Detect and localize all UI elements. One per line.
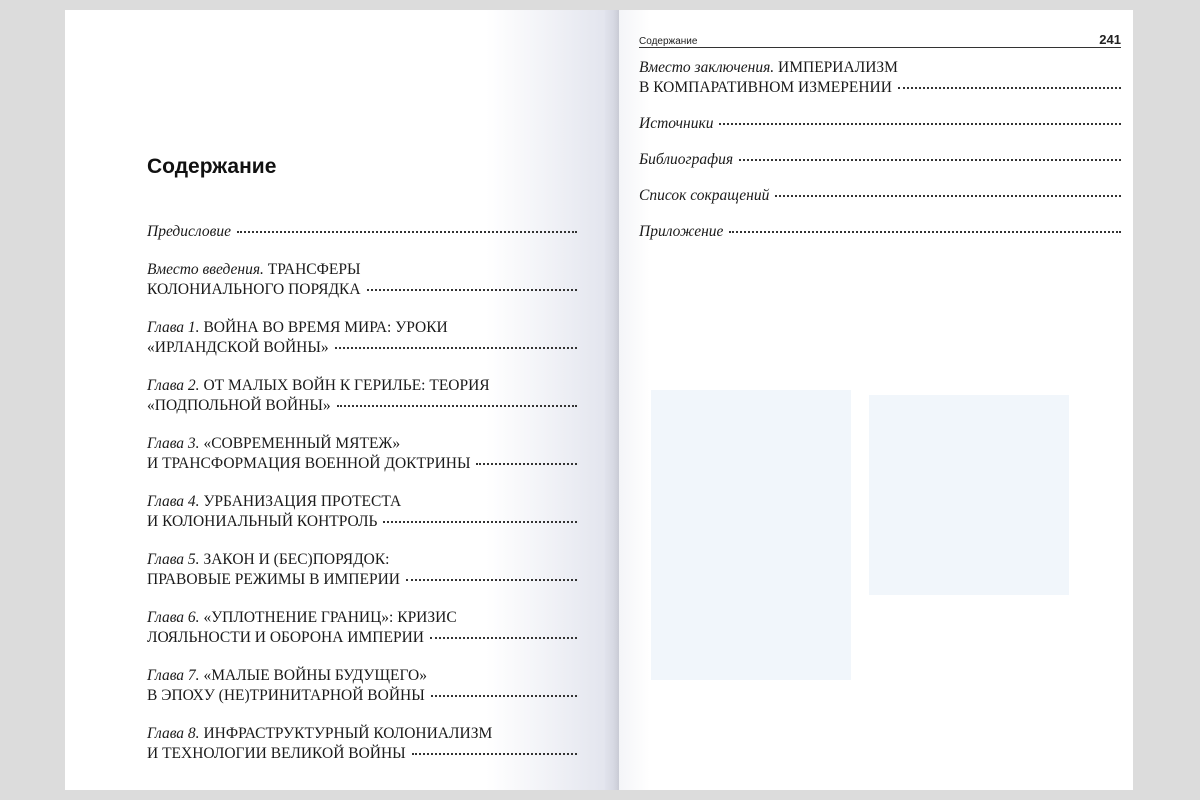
toc-entry-line: Глава 8. ИНФРАСТРУКТУРНЫЙ КОЛОНИАЛИЗМ (147, 724, 577, 744)
toc-entry-prefix: Вместо заключения. (639, 58, 774, 78)
show-through-image (869, 395, 1069, 595)
toc-entry-title: ТРАНСФЕРЫ (264, 260, 361, 280)
dot-leader (729, 231, 1121, 233)
toc-entry[interactable]: Вместо введения. ТРАНСФЕРЫКОЛОНИАЛЬНОГО … (147, 260, 577, 300)
dot-leader (898, 87, 1121, 89)
toc-entry-prefix: Глава 7. (147, 666, 200, 686)
dot-leader (383, 521, 577, 523)
toc-entry-prefix: Глава 3. (147, 434, 200, 454)
toc-entry-line: И ТЕХНОЛОГИИ ВЕЛИКОЙ ВОЙНЫ (147, 744, 577, 764)
toc-entry-title: ВОЙНА ВО ВРЕМЯ МИРА: УРОКИ (200, 318, 448, 338)
toc-entry[interactable]: Вместо заключения. ИМПЕРИАЛИЗМВ КОМПАРАТ… (639, 58, 1121, 98)
toc-entry-line: Глава 5. ЗАКОН И (БЕС)ПОРЯДОК: (147, 550, 577, 570)
toc-entry-title: «МАЛЫЕ ВОЙНЫ БУДУЩЕГО» (200, 666, 427, 686)
toc-entry[interactable]: Источники (639, 114, 1121, 134)
toc-entry-prefix: Глава 5. (147, 550, 200, 570)
toc-entry-prefix: Предисловие (147, 222, 231, 242)
show-through-image (651, 390, 851, 680)
toc-entry-line: И ТРАНСФОРМАЦИЯ ВОЕННОЙ ДОКТРИНЫ (147, 454, 577, 474)
toc-entry-title: В КОМПАРАТИВНОМ ИЗМЕРЕНИИ (639, 78, 892, 98)
toc-entry[interactable]: Библиография (639, 150, 1121, 170)
toc-entry-line: Приложение (639, 222, 1121, 242)
toc-entry-prefix: Источники (639, 114, 713, 134)
toc-entry[interactable]: Глава 5. ЗАКОН И (БЕС)ПОРЯДОК:ПРАВОВЫЕ Р… (147, 550, 577, 590)
toc-entry-prefix: Список сокращений (639, 186, 769, 206)
page-title: Содержание (147, 155, 276, 179)
page-number: 241 (1099, 32, 1121, 47)
toc-entry-title: ИМПЕРИАЛИЗМ (774, 58, 898, 78)
toc-entry-prefix: Библиография (639, 150, 733, 170)
dot-leader (739, 159, 1121, 161)
toc-entry-line: Источники (639, 114, 1121, 134)
toc-entry-prefix: Глава 8. (147, 724, 200, 744)
toc-entry-line: Библиография (639, 150, 1121, 170)
dot-leader (430, 637, 577, 639)
book-gutter (605, 10, 619, 790)
toc-entry-line: ПРАВОВЫЕ РЕЖИМЫ В ИМПЕРИИ (147, 570, 577, 590)
header-rule (639, 47, 1121, 48)
dot-leader (775, 195, 1121, 197)
toc-entry-title: ЛОЯЛЬНОСТИ И ОБОРОНА ИМПЕРИИ (147, 628, 424, 648)
toc-entry[interactable]: Глава 3. «СОВРЕМЕННЫЙ МЯТЕЖ»И ТРАНСФОРМА… (147, 434, 577, 474)
toc-entry-title: ОТ МАЛЫХ ВОЙН К ГЕРИЛЬЕ: ТЕОРИЯ (200, 376, 490, 396)
toc-entry[interactable]: Глава 8. ИНФРАСТРУКТУРНЫЙ КОЛОНИАЛИЗМИ Т… (147, 724, 577, 764)
toc-entry-title: ПРАВОВЫЕ РЕЖИМЫ В ИМПЕРИИ (147, 570, 400, 590)
toc-entry-title: И ТЕХНОЛОГИИ ВЕЛИКОЙ ВОЙНЫ (147, 744, 406, 764)
toc-entry-prefix: Глава 2. (147, 376, 200, 396)
toc-entry-prefix: Глава 1. (147, 318, 200, 338)
toc-entry[interactable]: Глава 6. «УПЛОТНЕНИЕ ГРАНИЦ»: КРИЗИСЛОЯЛ… (147, 608, 577, 648)
toc-entry-line: КОЛОНИАЛЬНОГО ПОРЯДКА (147, 280, 577, 300)
toc-entry-title: «ИРЛАНДСКОЙ ВОЙНЫ» (147, 338, 329, 358)
toc-entry-title: «УПЛОТНЕНИЕ ГРАНИЦ»: КРИЗИС (200, 608, 457, 628)
toc-entry-line: В КОМПАРАТИВНОМ ИЗМЕРЕНИИ (639, 78, 1121, 98)
left-page: Содержание ПредисловиеВместо введения. Т… (65, 10, 605, 790)
toc-entry-title: В ЭПОХУ (НЕ)ТРИНИТАРНОЙ ВОЙНЫ (147, 686, 425, 706)
toc-entry-title: «ПОДПОЛЬНОЙ ВОЙНЫ» (147, 396, 331, 416)
book-spread: Содержание ПредисловиеВместо введения. Т… (65, 10, 1133, 790)
toc-entry-line: «ИРЛАНДСКОЙ ВОЙНЫ» (147, 338, 577, 358)
toc-entry-line: Глава 3. «СОВРЕМЕННЫЙ МЯТЕЖ» (147, 434, 577, 454)
toc-entry-line: Глава 7. «МАЛЫЕ ВОЙНЫ БУДУЩЕГО» (147, 666, 577, 686)
toc-entry-prefix: Вместо введения. (147, 260, 264, 280)
dot-leader (337, 405, 577, 407)
toc-entry[interactable]: Глава 7. «МАЛЫЕ ВОЙНЫ БУДУЩЕГО»В ЭПОХУ (… (147, 666, 577, 706)
toc-entry-prefix: Глава 4. (147, 492, 200, 512)
toc-entry-line: Вместо заключения. ИМПЕРИАЛИЗМ (639, 58, 1121, 78)
toc-entry-line: И КОЛОНИАЛЬНЫЙ КОНТРОЛЬ (147, 512, 577, 532)
running-head: Содержание 241 (639, 32, 1121, 47)
toc-entry-title: УРБАНИЗАЦИЯ ПРОТЕСТА (200, 492, 402, 512)
dot-leader (412, 753, 577, 755)
toc-entry[interactable]: Список сокращений (639, 186, 1121, 206)
toc-entry[interactable]: Приложение (639, 222, 1121, 242)
dot-leader (367, 289, 577, 291)
dot-leader (237, 231, 577, 233)
toc-entry-line: Глава 2. ОТ МАЛЫХ ВОЙН К ГЕРИЛЬЕ: ТЕОРИЯ (147, 376, 577, 396)
table-of-contents-right: Вместо заключения. ИМПЕРИАЛИЗМВ КОМПАРАТ… (639, 58, 1121, 258)
dot-leader (335, 347, 577, 349)
toc-entry-line: Глава 4. УРБАНИЗАЦИЯ ПРОТЕСТА (147, 492, 577, 512)
toc-entry-line: «ПОДПОЛЬНОЙ ВОЙНЫ» (147, 396, 577, 416)
toc-entry-line: Вместо введения. ТРАНСФЕРЫ (147, 260, 577, 280)
toc-entry-title: ИНФРАСТРУКТУРНЫЙ КОЛОНИАЛИЗМ (200, 724, 493, 744)
toc-entry-line: В ЭПОХУ (НЕ)ТРИНИТАРНОЙ ВОЙНЫ (147, 686, 577, 706)
dot-leader (719, 123, 1121, 125)
toc-entry-title: ЗАКОН И (БЕС)ПОРЯДОК: (200, 550, 390, 570)
table-of-contents-left: ПредисловиеВместо введения. ТРАНСФЕРЫКОЛ… (147, 222, 577, 782)
dot-leader (431, 695, 577, 697)
running-head-title: Содержание (639, 36, 697, 47)
toc-entry-prefix: Приложение (639, 222, 723, 242)
toc-entry[interactable]: Предисловие (147, 222, 577, 242)
dot-leader (476, 463, 577, 465)
toc-entry-title: КОЛОНИАЛЬНОГО ПОРЯДКА (147, 280, 361, 300)
dot-leader (406, 579, 577, 581)
toc-entry-line: ЛОЯЛЬНОСТИ И ОБОРОНА ИМПЕРИИ (147, 628, 577, 648)
toc-entry[interactable]: Глава 1. ВОЙНА ВО ВРЕМЯ МИРА: УРОКИ«ИРЛА… (147, 318, 577, 358)
right-page: Содержание 241 Вместо заключения. ИМПЕРИ… (619, 10, 1133, 790)
toc-entry-title: И ТРАНСФОРМАЦИЯ ВОЕННОЙ ДОКТРИНЫ (147, 454, 470, 474)
toc-entry[interactable]: Глава 4. УРБАНИЗАЦИЯ ПРОТЕСТАИ КОЛОНИАЛЬ… (147, 492, 577, 532)
toc-entry-title: И КОЛОНИАЛЬНЫЙ КОНТРОЛЬ (147, 512, 377, 532)
toc-entry-prefix: Глава 6. (147, 608, 200, 628)
toc-entry-line: Глава 1. ВОЙНА ВО ВРЕМЯ МИРА: УРОКИ (147, 318, 577, 338)
toc-entry-line: Предисловие (147, 222, 577, 242)
toc-entry-line: Глава 6. «УПЛОТНЕНИЕ ГРАНИЦ»: КРИЗИС (147, 608, 577, 628)
toc-entry-line: Список сокращений (639, 186, 1121, 206)
toc-entry-title: «СОВРЕМЕННЫЙ МЯТЕЖ» (200, 434, 401, 454)
toc-entry[interactable]: Глава 2. ОТ МАЛЫХ ВОЙН К ГЕРИЛЬЕ: ТЕОРИЯ… (147, 376, 577, 416)
